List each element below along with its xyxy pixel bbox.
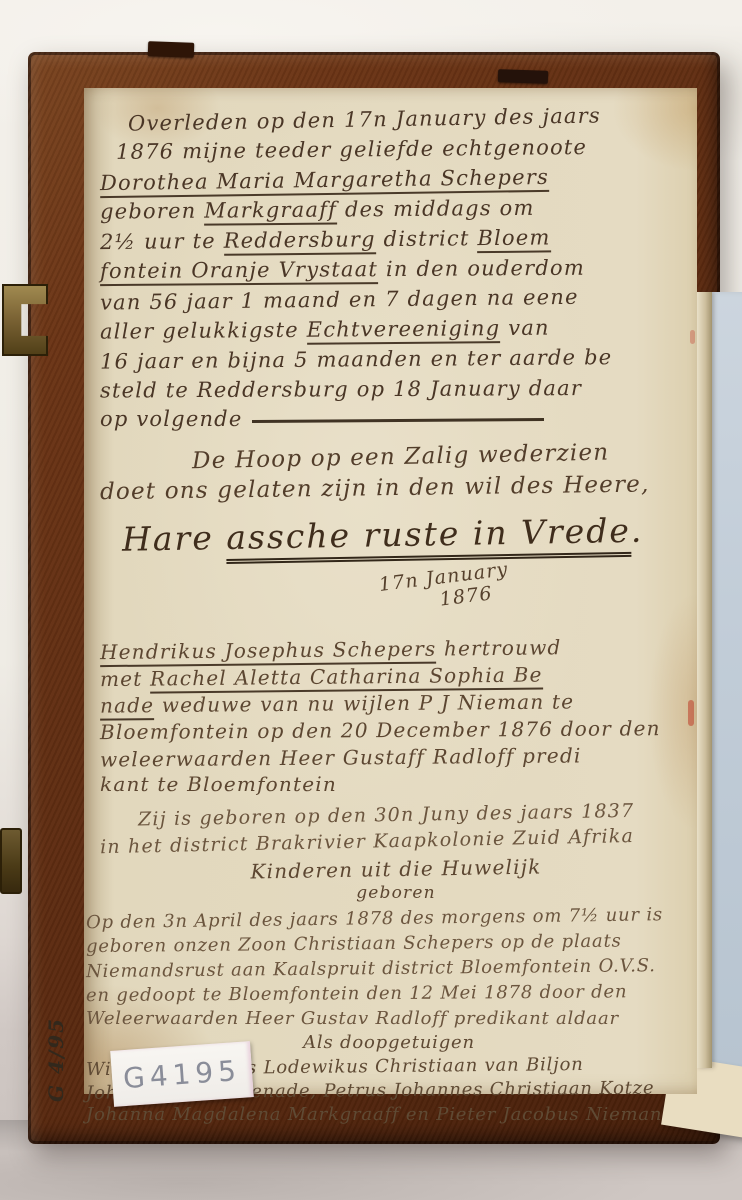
book-photograph: Overleden op den 17n January des jaars 1…	[0, 0, 742, 1200]
children-heading: Kinderen uit die Huwelijk geboren	[100, 856, 692, 904]
page-edge-curl	[697, 292, 712, 1068]
underlined-place: fontein Oranje Vrystaat	[100, 257, 378, 286]
underlined-name: Markgraaff	[204, 198, 337, 226]
brass-clasp-icon	[0, 828, 22, 894]
consolation-section: De Hoop op een Zalig wederzien doet ons …	[100, 442, 692, 504]
text-segment: Hare	[122, 518, 227, 559]
cover-strap-remnant	[498, 69, 548, 84]
underlined-name: nade	[100, 693, 154, 720]
text-segment: op volgende	[100, 407, 242, 431]
text-segment: steld te Reddersburg op 18 January daar	[100, 376, 582, 403]
handwritten-line: 16 jaar en bijna 5 maanden en ter aarde …	[100, 341, 692, 376]
margin-note: G 4/95	[44, 982, 68, 1102]
handwritten-line: steld te Reddersburg op 18 January daar	[100, 372, 692, 405]
handwritten-line: en gedoopt te Bloemfontein den 12 Mei 18…	[86, 979, 692, 1008]
text-segment: aller gelukkigste	[100, 318, 307, 344]
text-segment: geboren	[100, 199, 204, 224]
text-segment: De Hoop op een Zalig wederzien	[192, 440, 610, 475]
text-segment: in den ouderdom	[378, 256, 585, 281]
text-segment: weleerwaarden Heer Gustaff Radloff predi	[100, 743, 582, 771]
remarriage-section: Hendrikus Josephus Schepers hertrouwd me…	[100, 636, 692, 798]
text-segment: en gedoopt te Bloemfontein den 12 Mei 18…	[86, 981, 627, 1006]
text-segment: 1876 mijne teeder geliefde echtgenoote	[116, 135, 587, 164]
text-segment: Johanna Magdalena Markgraaff en Pieter J…	[86, 1104, 662, 1125]
ink-rule	[252, 418, 544, 423]
text-segment: Niemandsrust aan Kaalspruit district Blo…	[86, 955, 656, 982]
underlined-word: Echtvereeniging	[307, 316, 501, 345]
text-segment: des middags om	[337, 196, 535, 222]
text-segment: Als doopgetuigen	[303, 1032, 475, 1053]
wife-birth-section: Zij is geboren op den 30n Juny des jaars…	[100, 802, 692, 854]
handwritten-line: op volgende	[100, 404, 692, 434]
text-segment: district	[376, 226, 478, 251]
handwritten-line: kant te Bloemfontein	[100, 771, 692, 798]
text-segment: kant te Bloemfontein	[100, 772, 337, 796]
text-segment: 2½ uur te	[100, 229, 224, 254]
text-segment: Bloemfontein op den 20 December 1876 doo…	[100, 716, 661, 744]
cover-strap-remnant	[148, 41, 194, 58]
text-segment: geboren onzen Zoon Christiaan Schepers o…	[86, 931, 622, 958]
child-record-section: Op den 3n April des jaars 1878 des morge…	[86, 906, 692, 1031]
text-segment: van	[500, 316, 550, 340]
text-segment: Overleden op den 17n January des jaars	[128, 103, 601, 135]
handwritten-line: weleerwaarden Heer Gustaff Radloff predi	[100, 741, 692, 773]
underlined-place: Reddersburg	[224, 227, 376, 256]
underlined-place: Bloem	[477, 225, 550, 253]
death-record-section: Overleden op den 17n January des jaars 1…	[100, 104, 692, 434]
text-segment: geboren	[356, 883, 436, 903]
text-segment: .	[631, 511, 644, 550]
handwritten-line: Johanna Magdalena Markgraaff en Pieter J…	[86, 1103, 692, 1127]
text-segment: 16 jaar en bijna 5 maanden en ter aarde …	[100, 345, 613, 373]
text-segment: hertrouwd	[436, 635, 561, 660]
handwritten-line: Weleerwaarden Heer Gustav Radloff predik…	[86, 1006, 692, 1031]
text-segment: van 56 jaar 1 maand en 7 dagen na eene	[100, 285, 579, 315]
text-segment: Kinderen uit die Huwelijk	[250, 854, 541, 883]
archive-label: G4195	[110, 1041, 254, 1107]
text-segment: doet ons gelaten zijn in den wil des Hee…	[100, 471, 650, 505]
text-segment: met	[100, 667, 150, 692]
archive-label-text: G4195	[122, 1053, 242, 1094]
handwritten-text: Overleden op den 17n January des jaars 1…	[100, 104, 692, 1127]
text-segment: weduwe van nu wijlen P J Nieman te	[154, 689, 574, 717]
text-segment: Weleerwaarden Heer Gustav Radloff predik…	[86, 1008, 619, 1029]
